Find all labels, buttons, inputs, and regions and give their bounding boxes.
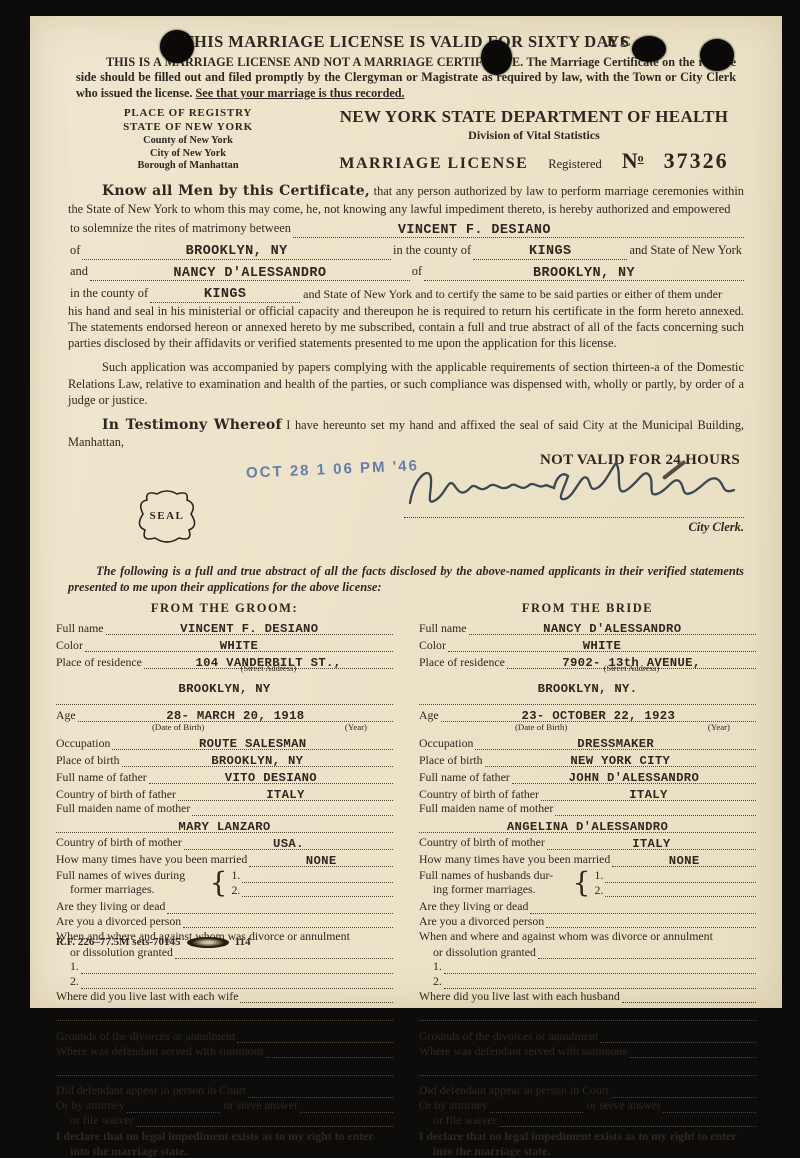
dotted-line: ITALY [178, 784, 393, 801]
form-row: BROOKLYN, NY [56, 678, 393, 694]
dotted-line: 28- MARCH 20, 1918 [78, 705, 393, 722]
groom-name-line: VINCENT F. DESIANO [293, 218, 744, 239]
dotted-line [546, 927, 756, 928]
brace-label: Full names of wives duringformer marriag… [56, 869, 208, 896]
field-value: 28- MARCH 20, 1918 [166, 709, 304, 723]
bride-name-value: NANCY D'ALESSANDRO [173, 266, 326, 281]
page-number: 114 [235, 936, 251, 948]
subnote: (Date of Birth) [152, 722, 204, 733]
item-number: 1. [594, 868, 605, 882]
field-value: VINCENT F. DESIANO [180, 622, 318, 636]
validity-title: THIS MARRIAGE LICENSE IS VALID FOR SIXTY… [30, 16, 782, 52]
department-title: NEW YORK STATE DEPARTMENT OF HEALTH [316, 107, 752, 127]
field-label: Where did you live last with each wife [56, 989, 240, 1003]
dotted-line: VITO DESIANO [149, 767, 393, 784]
field-value: BROOKLYN, NY [211, 754, 303, 768]
form-number: R.F. 226–77.5M sets-70145 [56, 936, 181, 948]
field-label: Country of birth of mother [419, 835, 547, 849]
dotted-line [56, 1020, 393, 1021]
form-row: Full nameVINCENT F. DESIANO [56, 618, 393, 635]
groom-name-value: VINCENT F. DESIANO [293, 223, 551, 238]
bride-form: Full nameNANCY D'ALESSANDROColorWHITEPla… [419, 618, 756, 1032]
testimony-lead: In Testimony Whereof [102, 417, 282, 433]
division-subtitle: Division of Vital Statistics [316, 128, 752, 143]
bride-name-leader: NANCY D'ALESSANDRO [90, 261, 410, 282]
registry-line: PLACE OF REGISTRY [60, 107, 316, 121]
dotted-line [242, 882, 393, 883]
subnote: (Date of Birth) [515, 722, 567, 733]
dotted-line [167, 913, 393, 914]
brace-item-row: 2. [231, 883, 393, 897]
field-label: Age [419, 708, 441, 722]
field-note: (Street Address) [241, 663, 297, 673]
testimony-paragraph: In Testimony Whereof I have hereunto set… [68, 416, 744, 450]
brace-label-line: Full names of wives during [56, 869, 208, 883]
field-value: BROOKLYN, NY. [538, 682, 638, 696]
field-label: How many times have you been married [56, 852, 249, 866]
solemnize-line: to solemnize the rites of matrimony betw… [68, 218, 744, 239]
field-label: Where did you live last with each husban… [419, 989, 622, 1003]
field-value: BROOKLYN, NY [178, 682, 270, 696]
field-label: or dissolution granted [433, 945, 538, 959]
brace-item-row: 1. [594, 868, 756, 882]
form-row: Country of birth of motherUSA. [56, 833, 393, 850]
field-label: Are they living or dead [56, 899, 167, 913]
dotted-line: DRESSMAKER [475, 733, 756, 750]
dotted-line: ROUTE SALESMAN [112, 733, 393, 750]
field-label: Full name of father [56, 770, 149, 784]
form-text: When and where and against whom was divo… [419, 929, 756, 944]
field-label: 1. [433, 959, 444, 973]
field-label: 1. [70, 959, 81, 973]
form-row: 2. [419, 974, 756, 989]
form-footer: R.F. 226–77.5M sets-70145 114 [56, 936, 250, 948]
field-value: MARY LANZARO [178, 820, 270, 834]
form-row: How many times have you been marriedNONE [56, 850, 393, 867]
form-row: Place of residence104 VANDERBILT ST.,(St… [56, 652, 393, 669]
registry-line: STATE OF NEW YORK [60, 121, 316, 135]
form-row: OccupationDRESSMAKER [419, 733, 756, 750]
field-label: Full maiden name of mother [56, 801, 192, 815]
field-label: Country of birth of father [56, 787, 178, 801]
dotted-line [81, 988, 393, 989]
groom-county-line: KINGS [473, 239, 627, 260]
application-paragraph: Such application was accompanied by pape… [68, 359, 744, 407]
form-row: BROOKLYN, NY. [419, 678, 756, 694]
field-subnotes: (Date of Birth)(Year) [419, 722, 756, 733]
subnote: (Year) [708, 722, 730, 733]
form-row: Place of birthBROOKLYN, NY [56, 750, 393, 767]
field-label: Are they living or dead [419, 899, 530, 913]
seal-label: SEAL [150, 510, 185, 522]
brace-label-line: Full names of husbands dur- [419, 869, 571, 883]
form-row: 1. [56, 959, 393, 974]
field-value: ROUTE SALESMAN [199, 737, 307, 751]
field-label: Are you a divorced person [56, 914, 183, 928]
form-row: Are you a divorced person [419, 914, 756, 929]
field-label: 2. [70, 974, 81, 988]
field-value: WHITE [583, 639, 621, 653]
dotted-rule [56, 1010, 393, 1021]
certify-lead-text: and State of New York and to certify the… [300, 286, 722, 303]
field-label: Full maiden name of mother [419, 801, 555, 815]
clerk-zone: OCT 28 1 06 PM '46 SEAL City Clerk. [68, 471, 744, 559]
hole-punch [700, 39, 734, 71]
form-row: MARY LANZARO [56, 816, 393, 833]
form-row: Country of birth of fatherITALY [419, 784, 756, 801]
form-row: ColorWHITE [419, 635, 756, 652]
groom-county-value: KINGS [529, 244, 572, 259]
dotted-line: NONE [612, 850, 756, 867]
dotted-line [538, 958, 756, 959]
field-label: How many times have you been married [419, 852, 612, 866]
field-label: Country of birth of mother [56, 835, 184, 849]
field-value: NANCY D'ALESSANDRO [543, 622, 681, 636]
groom-heading: FROM THE GROOM: [56, 601, 393, 616]
bride-column: FROM THE BRIDE Full nameNANCY D'ALESSAND… [419, 601, 756, 1032]
field-label: Occupation [419, 736, 475, 750]
form-row: Full name of fatherVITO DESIANO [56, 767, 393, 784]
dotted-line: NEW YORK CITY [485, 750, 756, 767]
bride-county-value: KINGS [204, 287, 247, 302]
dotted-line: WHITE [85, 635, 393, 652]
abstract-intro: The following is a full and true abstrac… [68, 563, 744, 595]
form-row: Country of birth of motherITALY [419, 833, 756, 850]
seal: SEAL [126, 485, 208, 552]
field-value: ITALY [629, 788, 667, 802]
header-row: PLACE OF REGISTRY STATE OF NEW YORK Coun… [60, 107, 752, 174]
license-title: MARRIAGE LICENSE [339, 155, 528, 173]
dotted-line: NANCY D'ALESSANDRO [469, 618, 756, 635]
groom-residence-line: of BROOKLYN, NY in the county of KINGS a… [68, 239, 744, 260]
item-number: 2. [231, 883, 242, 897]
form-row: Grounds of the divorces or annulment [419, 1028, 756, 1032]
field-value: ANGELINA D'ALESSANDRO [507, 820, 668, 834]
form-row: How many times have you been marriedNONE [419, 850, 756, 867]
form-row: Full maiden name of mother [419, 801, 756, 816]
ec-mark: EC [607, 34, 634, 51]
field-label: Place of birth [56, 753, 122, 767]
form-row: Where did you live last with each husban… [419, 989, 756, 1004]
license-number: 37326 [664, 148, 729, 174]
field-label: Color [56, 638, 85, 652]
field-label: Full name [419, 621, 469, 635]
and-label: and [68, 263, 90, 281]
state-label: and State of New York [627, 242, 744, 260]
field-value: NEW YORK CITY [570, 754, 670, 768]
know-all-men-paragraph: Know all Men by this Certificate, that a… [68, 182, 744, 216]
bride-county-leader: KINGS [150, 282, 300, 303]
dotted-line [240, 1002, 393, 1003]
bride-heading: FROM THE BRIDE [419, 601, 756, 616]
of-label: of [68, 242, 82, 260]
brace-label-line: ing former marriages. [419, 883, 571, 897]
printer-ornament-icon [187, 937, 229, 948]
brace-item-row: 1. [231, 868, 393, 882]
field-value: ITALY [266, 788, 304, 802]
field-value: NONE [306, 854, 337, 868]
dotted-line: MARY LANZARO [56, 816, 393, 833]
form-row: Are they living or dead [56, 899, 393, 914]
place-of-registry-block: PLACE OF REGISTRY STATE OF NEW YORK Coun… [60, 107, 316, 174]
bride-name-line: and NANCY D'ALESSANDRO of BROOKLYN, NY [68, 261, 744, 282]
field-label: Place of residence [56, 655, 144, 669]
form-row: Where did you live last with each wife [56, 989, 393, 1004]
field-label: Color [419, 638, 448, 652]
field-label: Country of birth of father [419, 787, 541, 801]
registry-line: County of New York [60, 135, 316, 148]
form-row: Grounds of the divorces or annulment [56, 1028, 393, 1032]
brace-row: Full names of husbands dur-ing former ma… [419, 867, 756, 899]
hole-punch [160, 30, 194, 63]
dotted-line: 7902- 13th AVENUE,(Street Address) [507, 652, 756, 669]
field-value: NONE [669, 854, 700, 868]
blackletter-lead: Know all Men by this Certificate, [102, 183, 370, 199]
brace-items: 1.2. [231, 868, 393, 897]
form-row: Are you a divorced person [56, 914, 393, 929]
form-row: Age23- OCTOBER 22, 1923 [419, 705, 756, 722]
form-row: or dissolution granted [419, 944, 756, 959]
form-row: ANGELINA D'ALESSANDRO [419, 816, 756, 833]
dotted-line: VINCENT F. DESIANO [106, 618, 393, 635]
notice-underlined: See that your marriage is thus recorded. [196, 86, 405, 100]
dotted-line [605, 896, 756, 897]
groom-form: Full nameVINCENT F. DESIANOColorWHITEPla… [56, 618, 393, 1032]
form-row: Are they living or dead [419, 899, 756, 914]
dotted-line: BROOKLYN, NY [56, 678, 393, 694]
field-label: Full name [56, 621, 106, 635]
of-label-2: of [410, 263, 424, 281]
field-value: 23- OCTOBER 22, 1923 [522, 709, 676, 723]
field-value: USA. [273, 837, 304, 851]
dotted-line: ANGELINA D'ALESSANDRO [419, 816, 756, 833]
brace-item-row: 2. [594, 883, 756, 897]
field-label: Full name of father [419, 770, 512, 784]
dotted-line: USA. [184, 833, 393, 850]
item-number: 2. [594, 883, 605, 897]
dotted-line [605, 882, 756, 883]
field-label: Occupation [56, 736, 112, 750]
field-value: WHITE [220, 639, 258, 653]
form-row: OccupationROUTE SALESMAN [56, 733, 393, 750]
clerk-title: City Clerk. [404, 520, 744, 535]
dotted-line [530, 913, 756, 914]
dotted-line: ITALY [547, 833, 756, 850]
brace-icon: { [208, 869, 232, 897]
number-sign: No [622, 148, 644, 174]
field-label: Place of residence [419, 655, 507, 669]
field-subnotes: (Date of Birth)(Year) [56, 722, 393, 733]
dotted-line [183, 927, 393, 928]
bride-city-value: BROOKLYN, NY [533, 266, 635, 281]
groom-city-line: BROOKLYN, NY [82, 239, 391, 260]
bride-city-leader: BROOKLYN, NY [424, 261, 744, 282]
registry-line: City of New York [60, 148, 316, 161]
form-row: Full name of fatherJOHN D'ALESSANDRO [419, 767, 756, 784]
dotted-line [622, 1002, 756, 1003]
solemnize-label: to solemnize the rites of matrimony betw… [68, 220, 293, 238]
dotted-line: 23- OCTOBER 22, 1923 [441, 705, 756, 722]
bride-county-line: in the county of KINGS and State of New … [68, 282, 744, 303]
dotted-line [175, 958, 393, 959]
dotted-rule [419, 1010, 756, 1021]
dotted-line [444, 973, 756, 974]
hole-punch [481, 40, 512, 75]
seal-frame-icon: SEAL [126, 485, 208, 547]
field-label: Place of birth [419, 753, 485, 767]
form-row: Country of birth of fatherITALY [56, 784, 393, 801]
dotted-line: JOHN D'ALESSANDRO [512, 767, 756, 784]
subnote: (Year) [345, 722, 367, 733]
clerk-signature-icon [404, 459, 744, 517]
field-value: DRESSMAKER [577, 737, 654, 751]
dotted-line: WHITE [448, 635, 756, 652]
license-number-row: MARRIAGE LICENSE Registered No 37326 [316, 148, 752, 174]
field-value: ITALY [632, 837, 670, 851]
certify-body-paragraph: his hand and seal in his ministerial or … [68, 303, 744, 351]
clerk-signature-block: City Clerk. [404, 465, 744, 535]
form-row: Place of birthNEW YORK CITY [419, 750, 756, 767]
form-row: Age28- MARCH 20, 1918 [56, 705, 393, 722]
form-row: 2. [56, 974, 393, 989]
marriage-license-document: THIS MARRIAGE LICENSE IS VALID FOR SIXTY… [30, 16, 782, 1008]
dotted-line [81, 973, 393, 974]
field-value: JOHN D'ALESSANDRO [569, 771, 700, 785]
hole-punch [632, 36, 666, 62]
brace-icon: { [571, 869, 595, 897]
form-row: Full maiden name of mother [56, 801, 393, 816]
field-label: Age [56, 708, 78, 722]
dotted-line: ITALY [541, 784, 756, 801]
brace-items: 1.2. [594, 868, 756, 897]
field-label: 2. [433, 974, 444, 988]
dotted-line [419, 1020, 756, 1021]
brace-row: Full names of wives duringformer marriag… [56, 867, 393, 899]
registry-line: Borough of Manhattan [60, 160, 316, 173]
dotted-line: BROOKLYN, NY [122, 750, 393, 767]
groom-column: FROM THE GROOM: Full nameVINCENT F. DESI… [56, 601, 393, 1032]
field-label: Are you a divorced person [419, 914, 546, 928]
county-label: in the county of [391, 242, 473, 260]
dotted-line [242, 896, 393, 897]
brace-label-line: former marriages. [56, 883, 208, 897]
dotted-line: NONE [249, 850, 393, 867]
abstract-columns: FROM THE GROOM: Full nameVINCENT F. DESI… [56, 601, 756, 1032]
form-row: ColorWHITE [56, 635, 393, 652]
form-row: Full nameNANCY D'ALESSANDRO [419, 618, 756, 635]
dotted-line: 104 VANDERBILT ST.,(Street Address) [144, 652, 393, 669]
groom-city-value: BROOKLYN, NY [186, 244, 288, 259]
field-value: VITO DESIANO [225, 771, 317, 785]
county2-label: in the county of [68, 285, 150, 303]
brace-label: Full names of husbands dur-ing former ma… [419, 869, 571, 896]
form-row: 1. [419, 959, 756, 974]
form-row: Place of residence7902- 13th AVENUE,(Str… [419, 652, 756, 669]
dotted-line [444, 988, 756, 989]
dotted-line: BROOKLYN, NY. [419, 678, 756, 694]
department-block: NEW YORK STATE DEPARTMENT OF HEALTH Divi… [316, 107, 752, 174]
field-note: (Street Address) [604, 663, 660, 673]
registered-label: Registered [548, 157, 601, 172]
item-number: 1. [231, 868, 242, 882]
